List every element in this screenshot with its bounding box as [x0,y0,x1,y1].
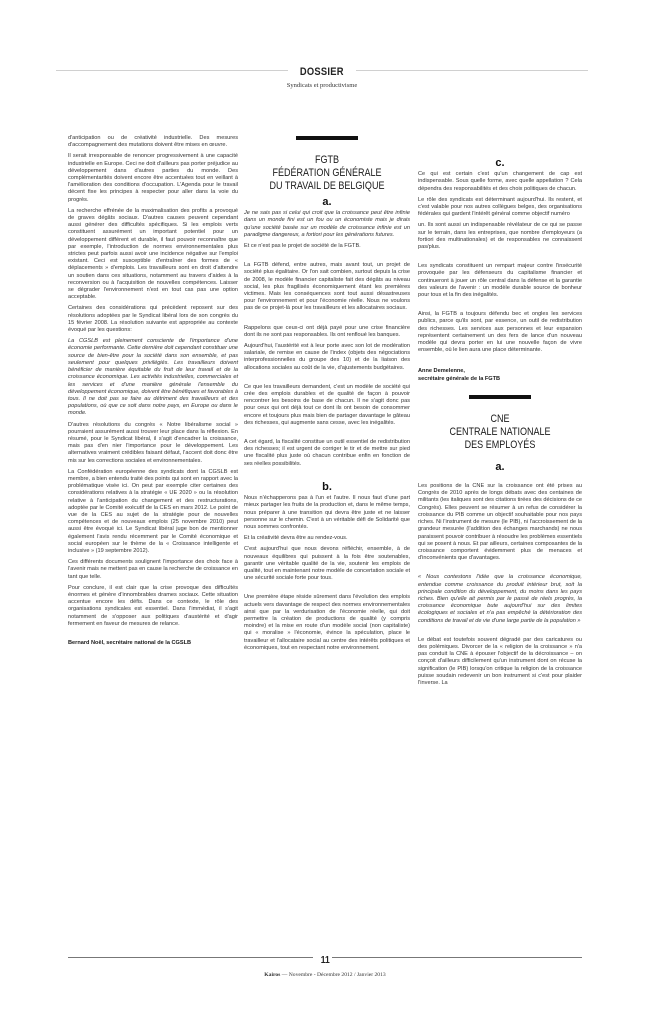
paragraph: Et la créativité devra être au rendez-vo… [244,535,410,542]
org-name-line: FÉDÉRATION GÉNÉRALE [251,167,404,180]
section-letter-c: c. [418,160,582,167]
footer-rule-right [332,957,582,958]
paragraph: Nous n'échapperons pas à l'un et l'autre… [244,495,410,531]
paragraph: La Confédération européenne des syndicat… [68,469,238,555]
publication-name: Kairos [264,972,280,978]
paragraph: Rappelons que ceux-ci ont déjà payé pour… [244,325,410,339]
author-signature: Bernard Noël, secrétaire national de la … [68,640,238,647]
paragraph: Les positions de la CNE sur la croissanc… [418,483,582,562]
intro-paragraph: Je ne sais pas si celui qui croit que la… [244,210,410,239]
paragraph: Le débat est toutefois souvent dégradé p… [418,637,582,687]
section-letter-b: b. [244,484,410,491]
quoted-decision: « Nous contestons l'idée que la croissan… [418,574,582,624]
signature-title: secrétaire générale de la FGTB [418,376,582,383]
page-footer: 11 Kairos — Novembre - Décembre 2012 / J… [68,950,582,978]
paragraph: Une première étape réside sûrement dans … [244,594,410,652]
org-acronym: CNE [425,413,576,426]
column-left: d'anticipation ou de créativité industri… [68,135,238,651]
section-divider-bar [469,395,531,399]
section-title: DOSSIER [300,66,344,78]
section-divider-bar [296,136,358,140]
paragraph: Il serait irresponsable de renoncer prog… [68,153,238,203]
section-letter-a: a. [244,199,410,206]
paragraph: Ce que les travailleurs demandent, c'est… [244,384,410,427]
footer-rule-left [68,957,313,958]
paragraph: d'anticipation ou de créativité industri… [68,135,238,149]
paragraph: Ces différents documents soulignent l'im… [68,559,238,581]
org-name-line: CENTRALE NATIONALE [425,426,576,439]
paragraph: A cet égard, la fiscalité constitue un o… [244,439,410,468]
org-heading-cne: CNE CENTRALE NATIONALE DES EMPLOYÉS [425,413,576,452]
paragraph: Certaines des considérations qui précède… [68,305,238,334]
header-rule-left [56,70,288,71]
paragraph: Ce qui est certain c'est qu'un changemen… [418,171,582,193]
paragraph: C'est aujourd'hui que nous devons réfléc… [244,546,410,582]
paragraph: Et ce n'est pas le projet de société de … [244,243,410,250]
org-acronym: FGTB [251,154,404,167]
publication-info: Kairos — Novembre - Décembre 2012 / Janv… [68,972,582,978]
paragraph: La FGTB défend, entre autres, mais avant… [244,262,410,312]
org-heading-fgtb: FGTB FÉDÉRATION GÉNÉRALE DU TRAVAIL DE B… [251,154,404,193]
quoted-resolution: La CGSLB est pleinement consciente de l'… [68,338,238,417]
org-name-line: DU TRAVAIL DE BELGIQUE [251,180,404,193]
section-subtitle: Syndicats et productivisme [56,82,588,89]
signature-name: Anne Demelenne, [418,368,582,375]
paragraph: un. Ils sont aussi un indispensable révé… [418,222,582,251]
section-letter-a: a. [418,464,582,471]
org-name-line: DES EMPLOYÉS [425,439,576,452]
column-middle: FGTB FÉDÉRATION GÉNÉRALE DU TRAVAIL DE B… [244,130,410,656]
header-rule-right [356,70,588,71]
paragraph: Aujourd'hui, l'austérité est à leur port… [244,343,410,372]
paragraph: La recherche effrénée de la maximalisati… [68,208,238,302]
paragraph: D'autres résolutions du congrès « Notre … [68,422,238,465]
page-header: DOSSIER Syndicats et productivisme [56,62,588,89]
author-signature: Anne Demelenne, secrétaire générale de l… [418,368,582,382]
page-number: 11 [320,955,329,966]
paragraph: Le rôle des syndicats est déterminant au… [418,197,582,219]
paragraph: Les syndicats constituent un rempart maj… [418,263,582,299]
paragraph: Ainsi, la FGTB a toujours défendu bec et… [418,311,582,354]
column-right: c. Ce qui est certain c'est qu'un change… [418,130,582,691]
issue-date: — Novembre - Décembre 2012 / Janvier 201… [280,972,385,978]
paragraph: Pour conclure, il est clair que la crise… [68,585,238,628]
